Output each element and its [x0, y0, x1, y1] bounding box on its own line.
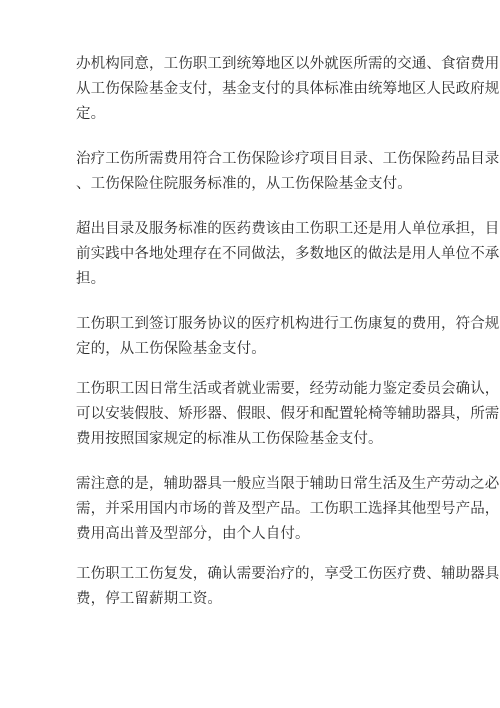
paragraph-excess-costs: 超出目录及服务标准的医药费该由工伤职工还是用人单位承担，目 前实践中各地处理存在… — [76, 217, 436, 292]
paragraph-assistive-devices: 工伤职工因日常生活或者就业需要，经劳动能力鉴定委员会确认， 可以安装假肢、矫形器… — [76, 377, 436, 452]
text-line: 费用高出普及型部分，由个人自付。 — [76, 522, 436, 547]
text-line: 治疗工伤所需费用符合工伤保险诊疗项目目录、工伤保险药品目录 — [76, 147, 436, 172]
text-line: 费，停工留薪期工资。 — [76, 587, 436, 612]
text-line: 从工伤保险基金支付，基金支付的具体标准由统筹地区人民政府规 — [76, 77, 436, 102]
text-line: 超出目录及服务标准的医药费该由工伤职工还是用人单位承担，目 — [76, 217, 436, 242]
paragraph-treatment-costs: 治疗工伤所需费用符合工伤保险诊疗项目目录、工伤保险药品目录 、工伤保险住院服务标… — [76, 147, 436, 197]
text-line: 可以安装假肢、矫形器、假眼、假牙和配置轮椅等辅助器具，所需 — [76, 402, 436, 427]
text-line: 定。 — [76, 102, 436, 127]
text-line: 工伤职工工伤复发，确认需要治疗的，享受工伤医疗费、辅助器具 — [76, 562, 436, 587]
text-line: 办机构同意，工伤职工到统筹地区以外就医所需的交通、食宿费用 — [76, 52, 436, 77]
text-line: 需，并采用国内市场的普及型产品。工伤职工选择其他型号产品， — [76, 497, 436, 522]
text-line: 担。 — [76, 267, 436, 292]
paragraph-device-note: 需注意的是，辅助器具一般应当限于辅助日常生活及生产劳动之必 需，并采用国内市场的… — [76, 472, 436, 547]
paragraph-recurrence: 工伤职工工伤复发，确认需要治疗的，享受工伤医疗费、辅助器具 费，停工留薪期工资。 — [76, 562, 436, 612]
text-line: 需注意的是，辅助器具一般应当限于辅助日常生活及生产劳动之必 — [76, 472, 436, 497]
text-line: 费用按照国家规定的标准从工伤保险基金支付。 — [76, 427, 436, 452]
text-line: 工伤职工因日常生活或者就业需要，经劳动能力鉴定委员会确认， — [76, 377, 436, 402]
paragraph-travel-expenses: 办机构同意，工伤职工到统筹地区以外就医所需的交通、食宿费用 从工伤保险基金支付，… — [76, 52, 436, 127]
text-line: 前实践中各地处理存在不同做法，多数地区的做法是用人单位不承 — [76, 242, 436, 267]
text-line: 、工伤保险住院服务标准的，从工伤保险基金支付。 — [76, 172, 436, 197]
document-page: 办机构同意，工伤职工到统筹地区以外就医所需的交通、食宿费用 从工伤保险基金支付，… — [0, 0, 500, 708]
paragraph-rehabilitation: 工伤职工到签订服务协议的医疗机构进行工伤康复的费用，符合规 定的，从工伤保险基金… — [76, 312, 436, 362]
text-line: 定的，从工伤保险基金支付。 — [76, 337, 436, 362]
text-line: 工伤职工到签订服务协议的医疗机构进行工伤康复的费用，符合规 — [76, 312, 436, 337]
